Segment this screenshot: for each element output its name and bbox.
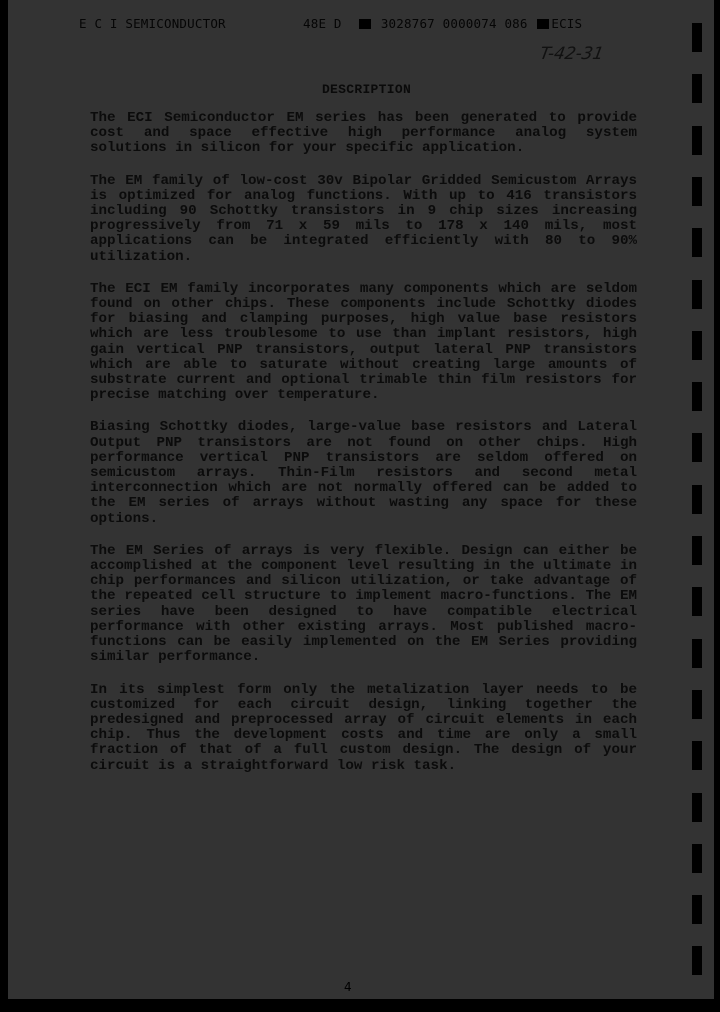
punch-mark [692,536,702,565]
redaction-block-icon [537,19,549,29]
paragraph: The EM Series of arrays is very flexible… [90,544,637,666]
document-body: The ECI Semiconductor EM series has been… [90,111,637,791]
paragraph: In its simplest form only the metalizati… [90,683,637,774]
punch-mark [692,485,702,514]
page-number: 4 [344,980,352,994]
punch-mark [692,228,702,257]
punch-mark [692,382,702,411]
punch-mark [692,793,702,822]
page-title: DESCRIPTION [0,82,720,97]
paragraph: The ECI EM family incorporates many comp… [90,282,637,404]
scan-border-bottom [0,999,720,1012]
punch-mark [692,177,702,206]
punch-mark [692,126,702,155]
punch-mark [692,741,702,770]
punch-mark [692,280,702,309]
punch-mark [692,433,702,462]
punch-mark [692,690,702,719]
paragraph: Biasing Schottky diodes, large-value bas… [90,420,637,526]
paragraph: The EM family of low-cost 30v Bipolar Gr… [90,174,637,265]
punch-mark [692,895,702,924]
punch-mark [692,946,702,975]
punch-mark [692,23,702,52]
code-prefix: 48E D [303,16,342,31]
punch-mark [692,331,702,360]
code-number: 3028767 0000074 086 [381,16,528,31]
handwritten-note: T-42-31 [538,44,605,64]
redaction-block-icon [359,19,371,29]
document-code: 48E D 3028767 0000074 086 ECIS [303,16,582,31]
paragraph: The ECI Semiconductor EM series has been… [90,111,637,157]
scan-border-left [0,0,8,1012]
code-suffix: ECIS [551,16,582,31]
company-name: E C I SEMICONDUCTOR [79,16,226,31]
punch-mark [692,844,702,873]
scan-border-right [714,0,720,1012]
punch-mark [692,587,702,616]
punch-mark [692,639,702,668]
